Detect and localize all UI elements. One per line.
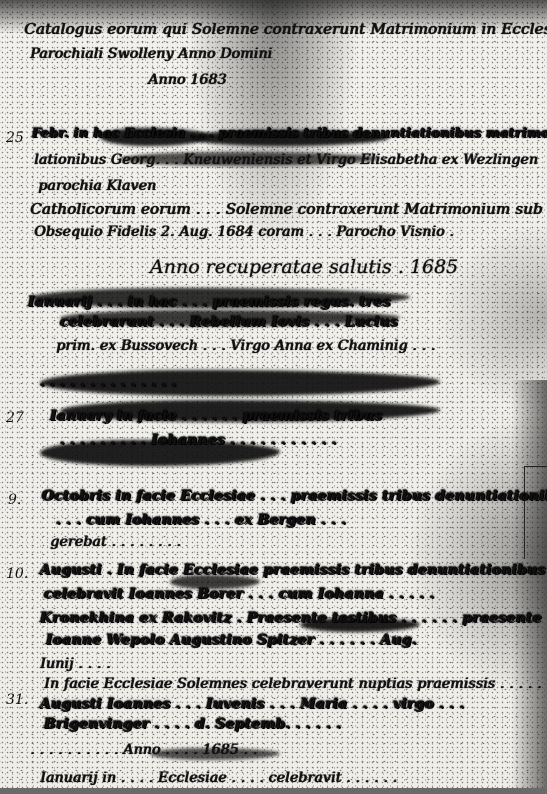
entry-line: . . . . . . . . . . . . . .: [40, 374, 177, 390]
entry-line: . . . . . . . . . Iohannes . . . . . . .…: [60, 432, 337, 448]
entry-line: Ianuary in facie . . . . . . praemissis …: [50, 408, 382, 424]
section-heading-1685: Anno recuperatae salutis . 1685: [150, 256, 458, 278]
entry-line: Obsequio Fidelis 2. Aug. 1684 coram . . …: [34, 224, 454, 240]
header-year: Anno 1683: [148, 72, 226, 88]
entry-line: prim. ex Bussovech . . . Virgo Anna ex C…: [56, 338, 435, 354]
entry-line: gerebat . . . . . . . .: [50, 534, 181, 550]
entry-number: 9.: [8, 492, 21, 508]
header-line-1: Catalogus eorum qui Solemne contraxerunt…: [24, 20, 547, 38]
scan-shadow-right: [511, 380, 547, 794]
entry-number: 25: [6, 130, 24, 146]
entry-line: Febr. in hac Ecclesia . . . praemissis t…: [32, 126, 547, 141]
entry-line: Iunij . . . .: [40, 656, 111, 672]
entry-line: . . . . . . . . . . Anno . . . . 1685 . …: [30, 742, 257, 758]
entry-line: Kronekhina ex Rakovitz . Praesente testi…: [40, 610, 542, 626]
manuscript-page: Catalogus eorum qui Solemne contraxerunt…: [0, 0, 547, 794]
margin-frame-line: [524, 466, 547, 559]
entry-number: 31.: [6, 692, 28, 708]
entry-line: parochia Klaven: [38, 178, 156, 194]
entry-line: Ioanne Wepolo Augustino Spitzer . . . . …: [46, 632, 417, 648]
entry-line: celebravit Ioannes Borer . . . cum Iohan…: [44, 586, 435, 602]
entry-line: Augusti Ioannes . . . Iuvenis . . . Mari…: [40, 696, 465, 712]
entry-line: lationibus Georg. . . Kneuweniensis et V…: [34, 152, 538, 168]
entry-number: 27: [6, 410, 24, 426]
entry-line: Ianuarij in . . . . Ecclesiae . . . . ce…: [40, 770, 397, 786]
entry-line: Ianuarij . . . in hac . . . praemissis r…: [28, 294, 391, 310]
scan-edge-bottom: [0, 788, 547, 794]
photocopy-noise: [0, 0, 547, 794]
entry-line: Octobris in facie Ecclesiae . . . praemi…: [42, 488, 547, 504]
entry-line: Brigenvinger . . . . d. Septemb. . . . .…: [44, 716, 341, 732]
entry-line: Augusti . In facie Ecclesiae praemissis …: [40, 562, 547, 578]
entry-line: In facie Ecclesiae Solemnes celebraverun…: [44, 676, 542, 692]
entry-line: . . . cum Iohannes . . . ex Bergen . . .: [56, 512, 346, 528]
header-line-2: Parochiali Swolleny Anno Domini: [30, 46, 272, 62]
entry-line: Catholicorum eorum . . . Solemne contrax…: [30, 200, 543, 218]
entry-line: celebrarunt . . . Rebellum Iovis . . . L…: [60, 314, 398, 330]
entry-number: 10.: [6, 566, 28, 582]
